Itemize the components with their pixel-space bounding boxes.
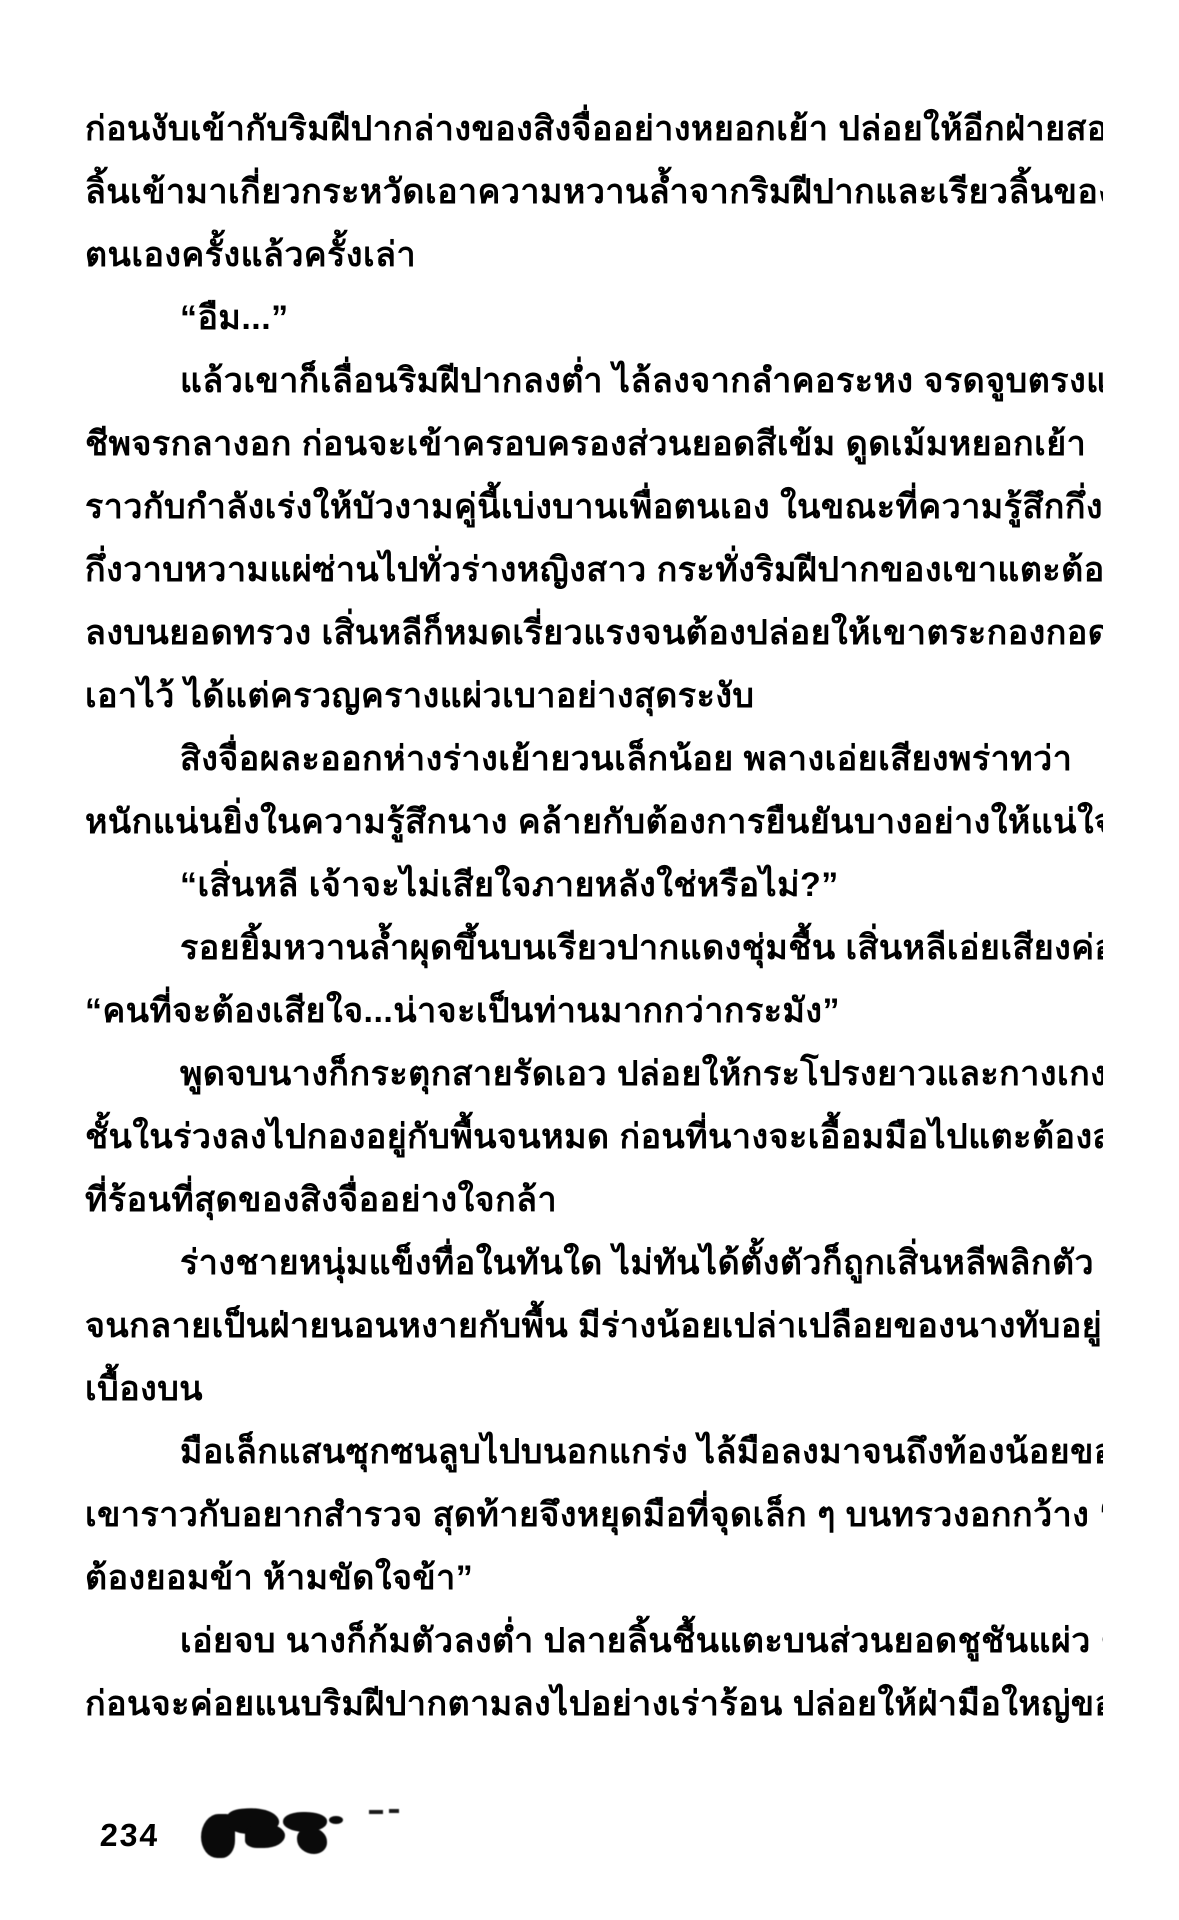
text-line: “เสิ่นหลี เจ้าจะไม่เสียใจภายหลังใช่หรือไ…: [85, 854, 1103, 917]
text-line: หนักแน่นยิ่งในความรู้สึกนาง คล้ายกับต้อง…: [85, 791, 1103, 854]
text-line: ที่ร้อนที่สุดของสิงจื่ออย่างใจกล้า: [85, 1169, 1103, 1232]
text-line: ตนเองครั้งแล้วครั้งเล่า: [85, 224, 1103, 287]
text-line: กึ่งวาบหวามแผ่ซ่านไปทั่วร่างหญิงสาว กระท…: [85, 539, 1103, 602]
text-line: ลงบนยอดทรวง เสิ่นหลีก็หมดเรี่ยวแรงจนต้อง…: [85, 602, 1103, 665]
text-line: เอาไว้ ได้แต่ครวญครางแผ่วเบาอย่างสุดระงั…: [85, 665, 1103, 728]
text-line: ต้องยอมข้า ห้ามขัดใจข้า”: [85, 1547, 1103, 1610]
publisher-mark-smudge-icon: [201, 1806, 351, 1864]
text-line: สิงจื่อผละออกห่างร่างเย้ายวนเล็กน้อย พลา…: [85, 728, 1103, 791]
text-line: ร่างชายหนุ่มแข็งทื่อในทันใด ไม่ทันได้ตั้…: [85, 1232, 1103, 1295]
text-block: ก่อนงับเข้ากับริมฝีปากล่างของสิงจื่ออย่า…: [85, 98, 1103, 1736]
text-line: ลิ้นเข้ามาเกี่ยวกระหวัดเอาความหวานล้ำจาก…: [85, 161, 1103, 224]
text-line: มือเล็กแสนซุกซนลูบไปบนอกแกร่ง ไล้มือลงมา…: [85, 1421, 1103, 1484]
text-line: ก่อนงับเข้ากับริมฝีปากล่างของสิงจื่ออย่า…: [85, 98, 1103, 161]
text-line: ชั้นในร่วงลงไปกองอยู่กับพื้นจนหมด ก่อนที…: [85, 1106, 1103, 1169]
text-line: รอยยิ้มหวานล้ำผุดขึ้นบนเรียวปากแดงชุ่มชื…: [85, 917, 1103, 980]
text-line: ก่อนจะค่อยแนบริมฝีปากตามลงไปอย่างเร่าร้อ…: [85, 1673, 1103, 1736]
text-line: แล้วเขาก็เลื่อนริมฝีปากลงต่ำ ไล้ลงจากลำค…: [85, 350, 1103, 413]
text-line: ชีพจรกลางอก ก่อนจะเข้าครอบครองส่วนยอดสีเ…: [85, 413, 1103, 476]
page-number: 234: [99, 1817, 160, 1854]
text-line: “อืม...”: [85, 287, 1103, 350]
text-line: “คนที่จะต้องเสียใจ...น่าจะเป็นท่านมากกว่…: [85, 980, 1103, 1043]
text-line: พูดจบนางก็กระตุกสายรัดเอว ปล่อยให้กระโปร…: [85, 1043, 1103, 1106]
text-line: ราวกับกำลังเร่งให้บัวงามคู่นี้เบ่งบานเพื…: [85, 476, 1103, 539]
text-line: จนกลายเป็นฝ่ายนอนหงายกับพื้น มีร่างน้อยเ…: [85, 1295, 1103, 1358]
text-line: เบื้องบน: [85, 1358, 1103, 1421]
book-page: ก่อนงับเข้ากับริมฝีปากล่างของสิงจื่ออย่า…: [0, 0, 1179, 1920]
text-line: เขาราวกับอยากสำรวจ สุดท้ายจึงหยุดมือที่จ…: [85, 1484, 1103, 1547]
text-line: เอ่ยจบ นางก็ก้มตัวลงต่ำ ปลายลิ้นชื้นแตะบ…: [85, 1610, 1103, 1673]
page-footer: 234: [100, 1800, 351, 1870]
